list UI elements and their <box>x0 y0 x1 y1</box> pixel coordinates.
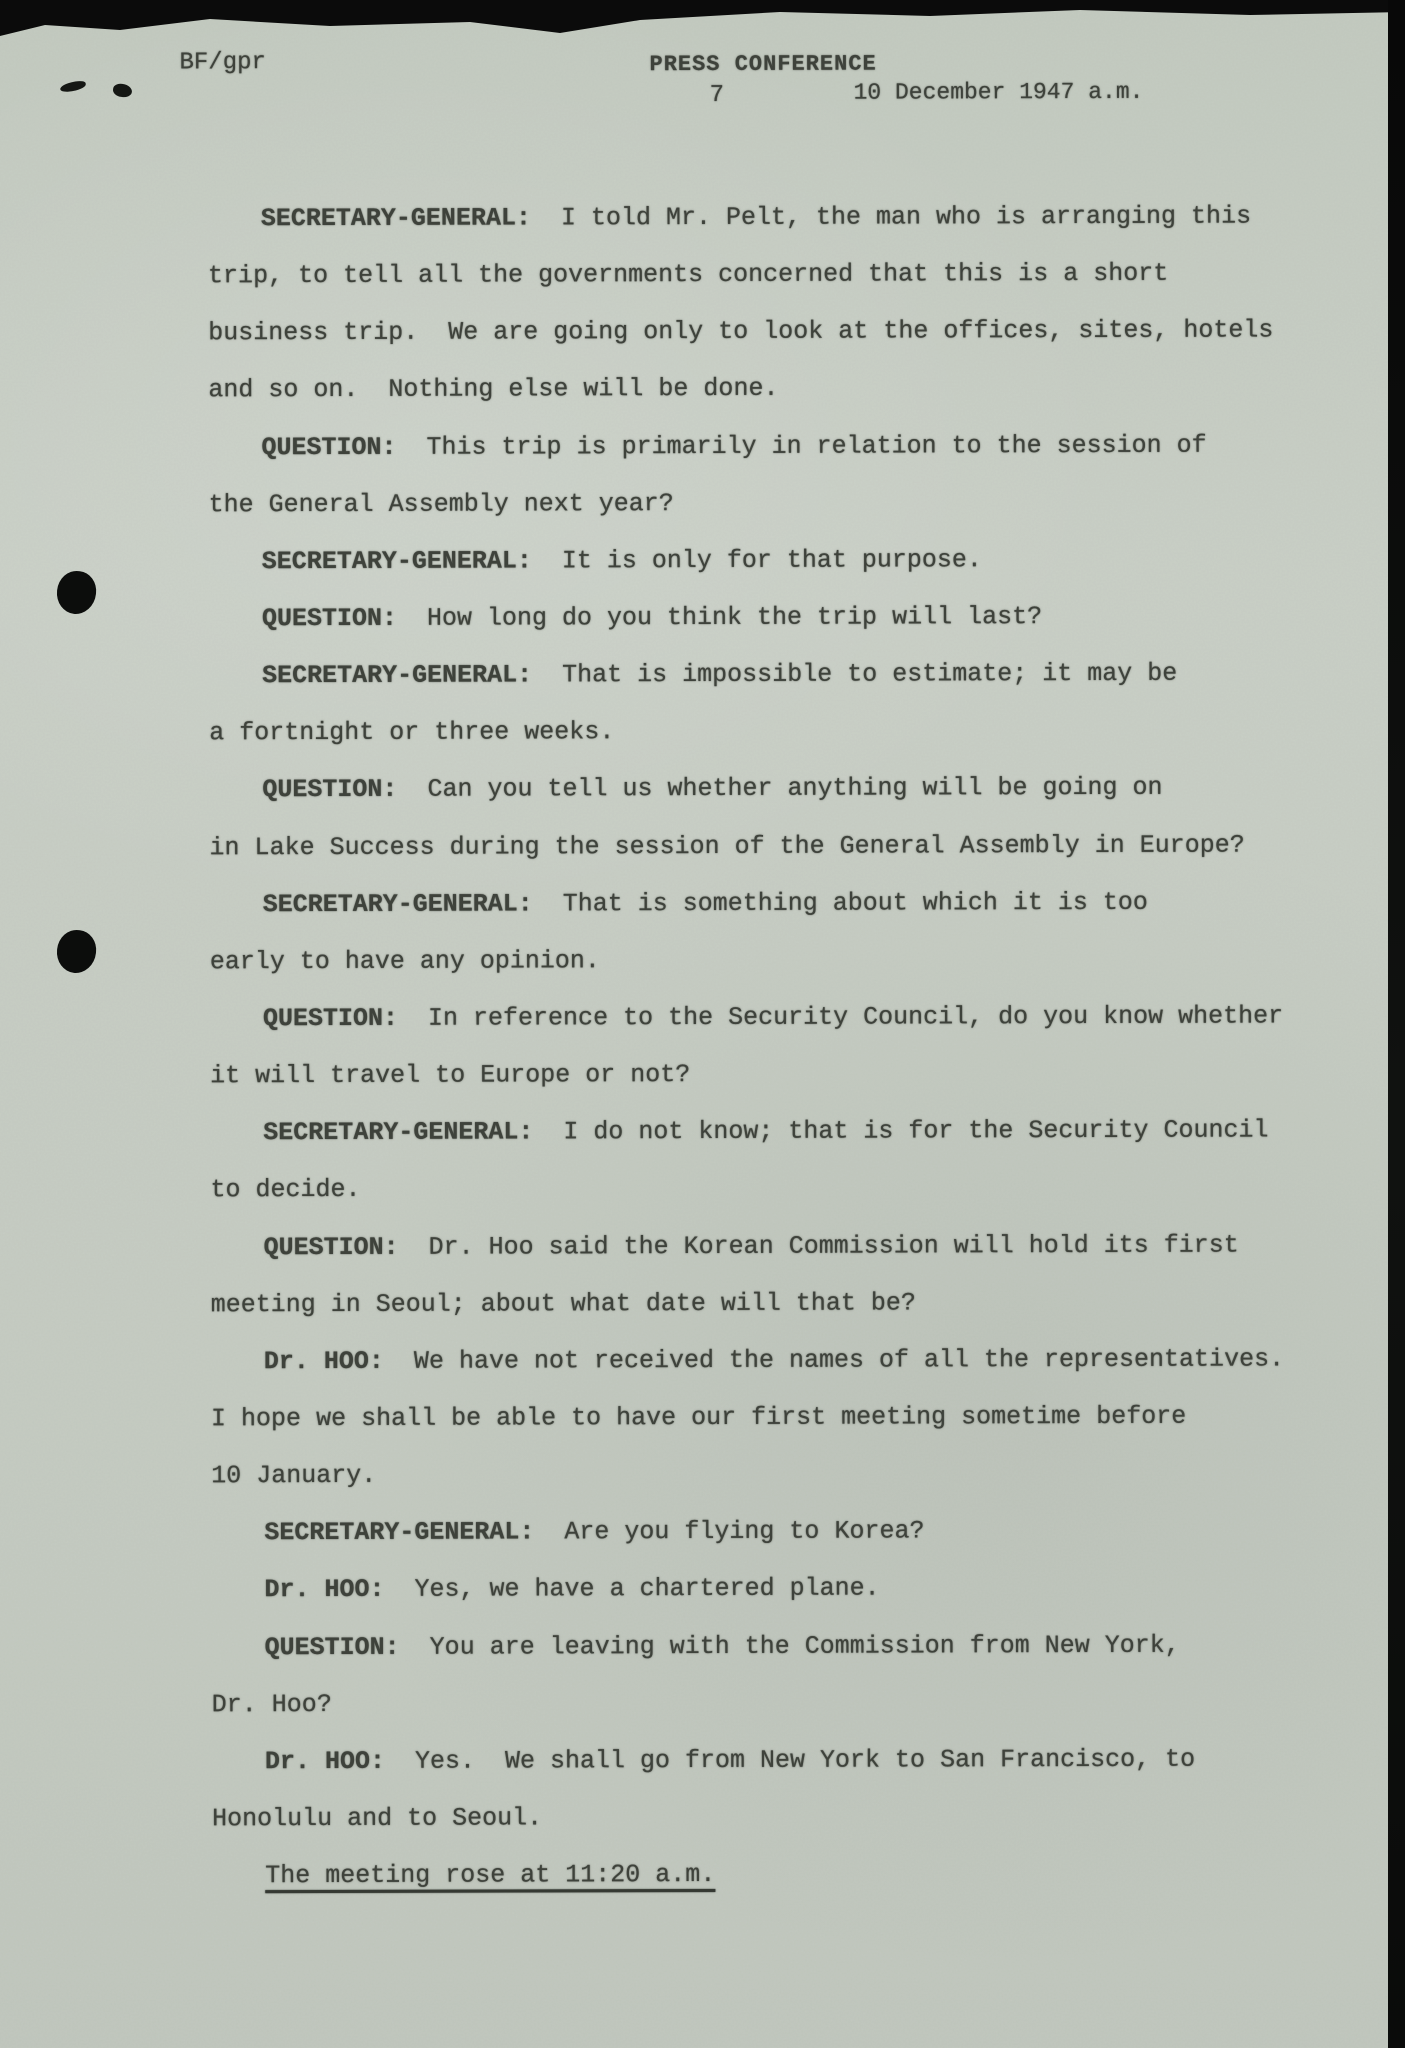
line-text: In reference to the Security Council, do… <box>398 1001 1283 1032</box>
page-number: 7 <box>710 82 724 109</box>
speaker-label: QUESTION: <box>264 1232 399 1261</box>
line-text: in Lake Success during the session of th… <box>209 830 1244 862</box>
transcript-line: QUESTION: This trip is primarily in rela… <box>208 416 1388 476</box>
transcript-line: QUESTION: You are leaving with the Commi… <box>212 1616 1392 1676</box>
page-title: PRESS CONFERENCE <box>649 52 876 78</box>
line-text: Yes, we have a chartered plane. <box>384 1574 879 1604</box>
speaker-label: SECRETARY-GENERAL: <box>262 661 532 691</box>
speaker-label: SECRETARY-GENERAL: <box>262 546 532 576</box>
line-text: to decide. <box>210 1175 360 1204</box>
line-text: and so on. Nothing else will be done. <box>208 374 778 404</box>
transcript-line: The meeting rose at 11:20 a.m. <box>212 1844 1392 1904</box>
speaker-label: SECRETARY-GENERAL: <box>261 203 531 233</box>
line-text: Yes. We shall go from New York to San Fr… <box>385 1745 1195 1776</box>
transcript-line: QUESTION: Can you tell us whether anythi… <box>209 759 1389 819</box>
speaker-label: QUESTION: <box>262 604 397 633</box>
transcript-line: Dr. HOO: Yes, we have a chartered plane. <box>211 1559 1391 1619</box>
line-text: the General Assembly next year? <box>209 489 674 519</box>
transcript-line: I hope we shall be able to have our firs… <box>211 1387 1391 1447</box>
line-text: Are you flying to Korea? <box>534 1517 924 1547</box>
transcript-line: trip, to tell all the governments concer… <box>208 244 1388 304</box>
line-text: You are leaving with the Commission from… <box>400 1630 1180 1661</box>
line-text: This trip is primarily in relation to th… <box>396 430 1206 461</box>
transcript-line: in Lake Success during the session of th… <box>209 816 1389 876</box>
transcript-line: SECRETARY-GENERAL: I told Mr. Pelt, the … <box>208 187 1388 247</box>
transcript-line: Dr. Hoo? <box>212 1673 1392 1733</box>
speaker-label: Dr. HOO: <box>264 1575 384 1604</box>
line-text: How long do you think the trip will last… <box>397 602 1042 633</box>
transcript-line: the General Assembly next year? <box>209 473 1389 533</box>
speaker-label: QUESTION: <box>263 1004 398 1033</box>
header-date: 10 December 1947 a.m. <box>854 79 1144 106</box>
line-text: We have not received the names of all th… <box>384 1344 1284 1375</box>
transcript: SECRETARY-GENERAL: I told Mr. Pelt, the … <box>208 187 1392 1904</box>
line-text: business trip. We are going only to look… <box>208 316 1273 348</box>
line-text: That is impossible to estimate; it may b… <box>532 659 1177 690</box>
transcript-line: a fortnight or three weeks. <box>209 701 1389 761</box>
line-text: It is only for that purpose. <box>532 545 982 575</box>
header-reference: BF/gpr <box>179 49 265 76</box>
line-text: a fortnight or three weeks. <box>209 717 614 747</box>
transcript-line: early to have any opinion. <box>210 930 1390 990</box>
transcript-line: it will travel to Europe or not? <box>210 1044 1390 1104</box>
line-text: That is something about which it is too <box>533 888 1148 919</box>
line-text: Honolulu and to Seoul. <box>212 1803 542 1833</box>
line-text: Dr. Hoo said the Korean Commission will … <box>399 1230 1239 1261</box>
speaker-label: QUESTION: <box>262 775 397 804</box>
transcript-line: to decide. <box>210 1159 1390 1219</box>
speaker-label: Dr. HOO: <box>265 1747 385 1776</box>
transcript-line: SECRETARY-GENERAL: That is impossible to… <box>209 644 1389 704</box>
speaker-label: SECRETARY-GENERAL: <box>263 889 533 919</box>
line-text: The meeting rose at 11:20 a.m. <box>265 1860 715 1890</box>
transcript-line: Dr. HOO: We have not received the names … <box>211 1330 1391 1390</box>
line-text: meeting in Seoul; about what date will t… <box>211 1288 916 1319</box>
transcript-line: SECRETARY-GENERAL: I do not know; that i… <box>210 1101 1390 1161</box>
transcript-line: SECRETARY-GENERAL: Are you flying to Kor… <box>211 1501 1391 1561</box>
line-text: it will travel to Europe or not? <box>210 1060 690 1090</box>
transcript-line: QUESTION: How long do you think the trip… <box>209 587 1389 647</box>
transcript-line: meeting in Seoul; about what date will t… <box>211 1273 1391 1333</box>
speaker-label: SECRETARY-GENERAL: <box>264 1518 534 1548</box>
scanned-document-page: BF/gpr PRESS CONFERENCE 7 10 December 19… <box>0 0 1405 2048</box>
transcript-line: Dr. HOO: Yes. We shall go from New York … <box>212 1730 1392 1790</box>
speaker-label: QUESTION: <box>265 1632 400 1661</box>
line-text: I told Mr. Pelt, the man who is arrangin… <box>531 202 1251 233</box>
typewritten-content: BF/gpr PRESS CONFERENCE 7 10 December 19… <box>0 0 1405 2048</box>
line-text: Dr. Hoo? <box>212 1690 332 1719</box>
speaker-label: Dr. HOO: <box>264 1347 384 1376</box>
speaker-label: QUESTION: <box>261 432 396 461</box>
transcript-line: SECRETARY-GENERAL: It is only for that p… <box>209 530 1389 590</box>
transcript-line: business trip. We are going only to look… <box>208 301 1388 361</box>
speaker-label: SECRETARY-GENERAL: <box>263 1118 533 1148</box>
line-text: Can you tell us whether anything will be… <box>397 773 1162 804</box>
transcript-line: SECRETARY-GENERAL: That is something abo… <box>210 873 1390 933</box>
transcript-line: QUESTION: Dr. Hoo said the Korean Commis… <box>211 1216 1391 1276</box>
line-text: 10 January. <box>211 1461 376 1490</box>
transcript-line: and so on. Nothing else will be done. <box>208 359 1388 419</box>
line-text: trip, to tell all the governments concer… <box>208 259 1168 291</box>
transcript-line: Honolulu and to Seoul. <box>212 1787 1392 1847</box>
transcript-line: QUESTION: In reference to the Security C… <box>210 987 1390 1047</box>
line-text: early to have any opinion. <box>210 946 600 976</box>
line-text: I hope we shall be able to have our firs… <box>211 1402 1186 1434</box>
line-text: I do not know; that is for the Security … <box>533 1116 1268 1147</box>
transcript-line: 10 January. <box>211 1444 1391 1504</box>
